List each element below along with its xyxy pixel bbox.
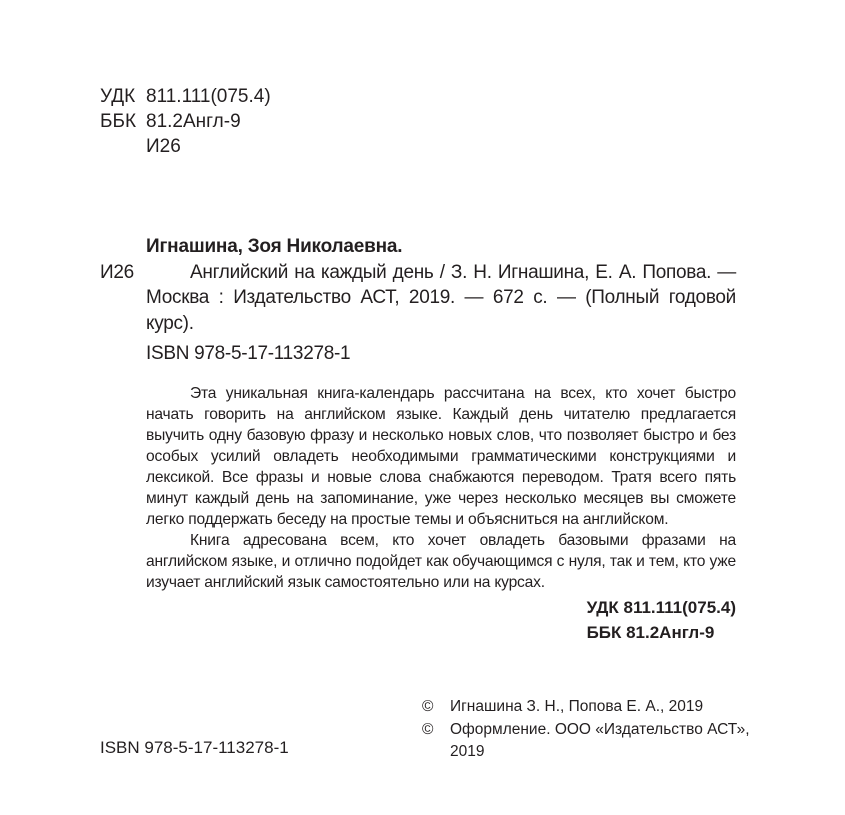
udc-summary: УДК 811.111(075.4) — [587, 595, 736, 620]
copyright-item: © Игнашина З. Н., Попова Е. А., 2019 — [422, 696, 752, 719]
copyright-icon: © — [422, 719, 450, 764]
udc-label: УДК — [100, 84, 146, 109]
bibliographic-entry: И26 Английский на каждый день / З. Н. Иг… — [100, 260, 736, 337]
bibliographic-record: Игнашина, Зоя Николаевна. И26 Английский… — [100, 234, 736, 367]
classification-block: УДК 811.111(075.4) ББК 81.2Англ-9 И26 — [100, 84, 271, 159]
copyright-item: © Оформление. ООО «Издательство АСТ», 20… — [422, 719, 752, 764]
bibliographic-description: Английский на каждый день / З. Н. Игнаши… — [146, 260, 736, 337]
author-mark-row: И26 — [100, 134, 271, 159]
udc-row: УДК 811.111(075.4) — [100, 84, 271, 109]
record-isbn: ISBN 978-5-17-113278-1 — [100, 341, 736, 367]
udc-value: 811.111(075.4) — [146, 84, 271, 109]
entry-author-mark: И26 — [100, 260, 134, 286]
bbk-row: ББК 81.2Англ-9 — [100, 109, 271, 134]
copyright-block: © Игнашина З. Н., Попова Е. А., 2019 © О… — [422, 696, 752, 764]
bbk-summary: ББК 81.2Англ-9 — [587, 620, 736, 645]
annotation: Эта уникальная книга-календарь рассчитан… — [146, 383, 736, 593]
copyright-text: Оформление. ООО «Издательство АСТ», 2019 — [450, 719, 752, 764]
bbk-label: ББК — [100, 109, 146, 134]
isbn-footer: ISBN 978-5-17-113278-1 — [100, 737, 289, 759]
author-mark: И26 — [146, 134, 181, 159]
annotation-paragraph: Книга адресована всем, кто хочет овладет… — [146, 530, 736, 593]
author-heading: Игнашина, Зоя Николаевна. — [100, 234, 736, 260]
classification-summary: УДК 811.111(075.4) ББК 81.2Англ-9 — [587, 595, 736, 645]
annotation-paragraph: Эта уникальная книга-календарь рассчитан… — [146, 383, 736, 530]
copyright-icon: © — [422, 696, 450, 719]
bbk-value: 81.2Англ-9 — [146, 109, 241, 134]
copyright-text: Игнашина З. Н., Попова Е. А., 2019 — [450, 696, 703, 719]
